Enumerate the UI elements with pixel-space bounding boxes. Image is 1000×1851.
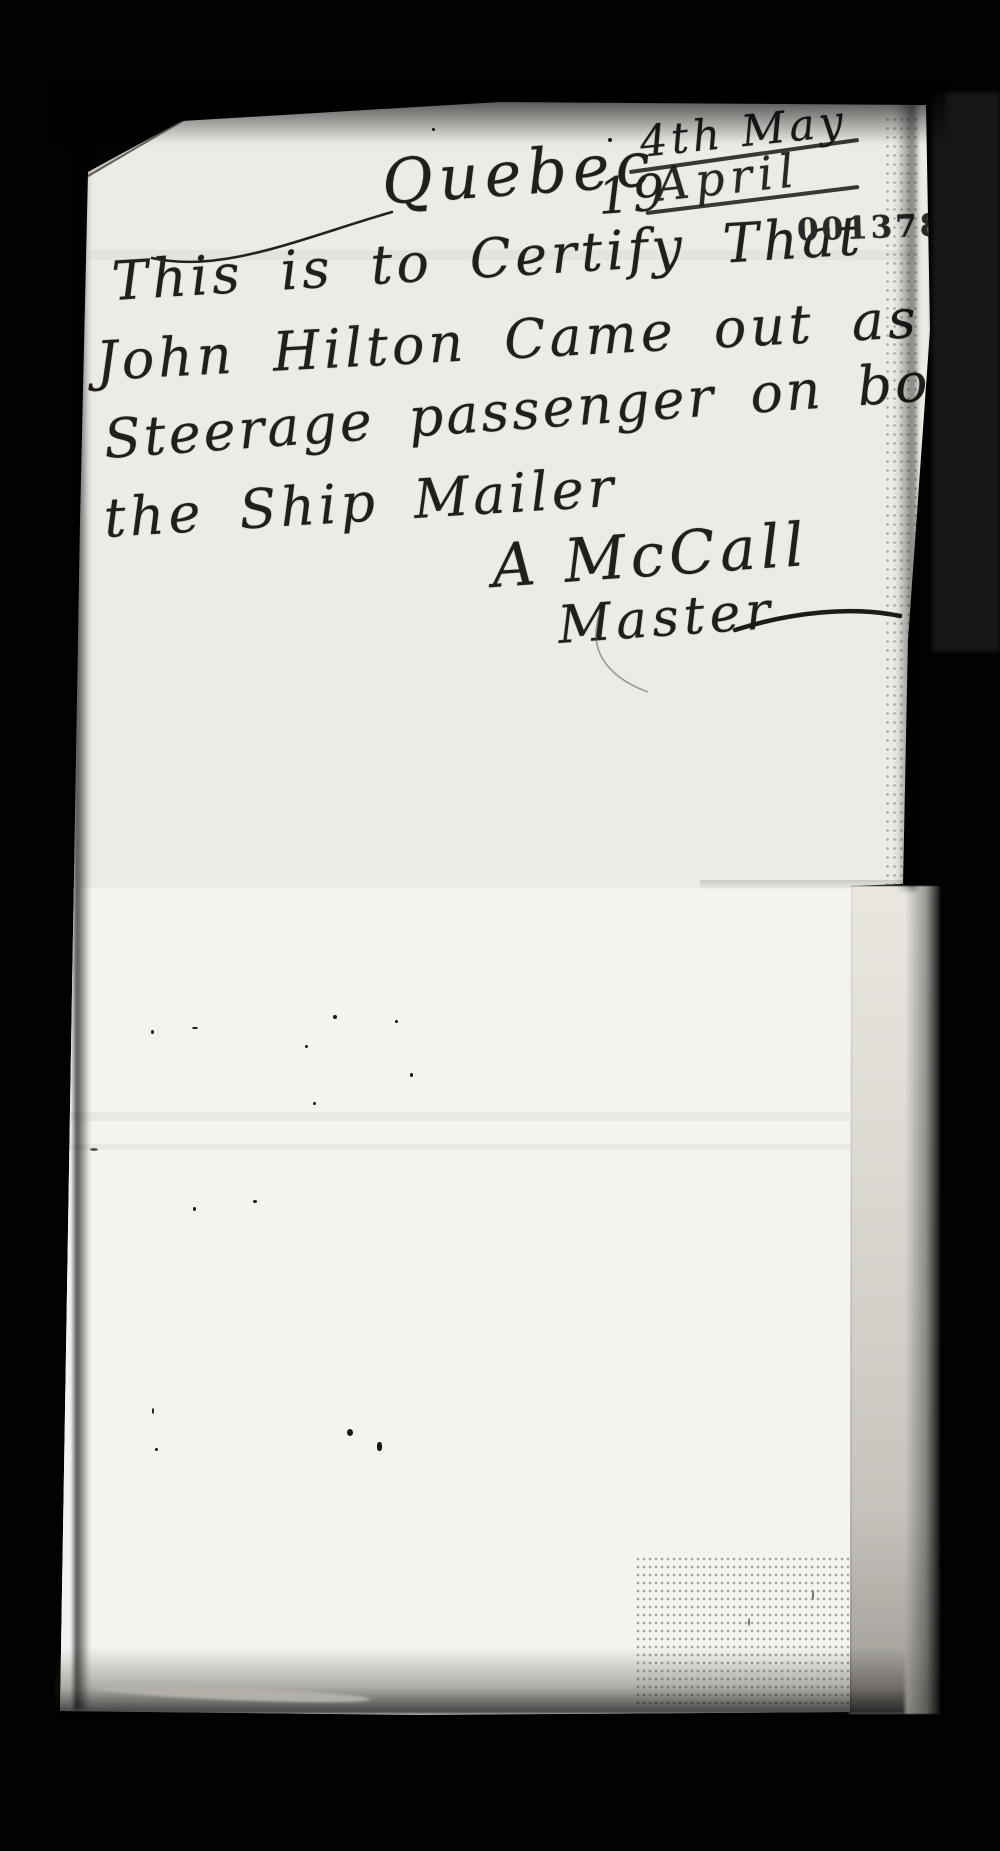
ink-speck — [410, 1073, 413, 1077]
left-edge-shadow — [74, 100, 90, 1710]
ink-speck — [193, 1207, 196, 1211]
ink-speck — [155, 1448, 158, 1451]
ink-speck — [313, 1102, 316, 1105]
scan-artifact-band — [70, 1112, 850, 1121]
right-background-dim — [932, 92, 1000, 652]
under-sheet-strip — [848, 886, 940, 1714]
ink-speck — [192, 1027, 198, 1029]
ink-speck — [395, 1020, 398, 1023]
top-edge-shadow — [55, 86, 945, 144]
certificate-paper: Quebec 19 April 4th May This is to Certi… — [0, 0, 1000, 1851]
bottom-edge-shadow — [55, 1648, 905, 1714]
scan-artifact-band — [70, 1144, 850, 1150]
ink-speck — [151, 1030, 154, 1034]
registration-stamp-number: 001378 — [796, 207, 945, 248]
ink-speck — [305, 1045, 308, 1048]
ink-speck — [347, 1429, 353, 1436]
right-edge-shadow — [896, 100, 916, 890]
scanned-document-page: Quebec 19 April 4th May This is to Certi… — [0, 0, 1000, 1851]
ink-speck — [333, 1015, 337, 1019]
ink-speck — [152, 1408, 154, 1414]
ink-speck — [377, 1442, 382, 1451]
ink-speck — [253, 1200, 257, 1203]
ink-speck — [90, 1148, 98, 1151]
